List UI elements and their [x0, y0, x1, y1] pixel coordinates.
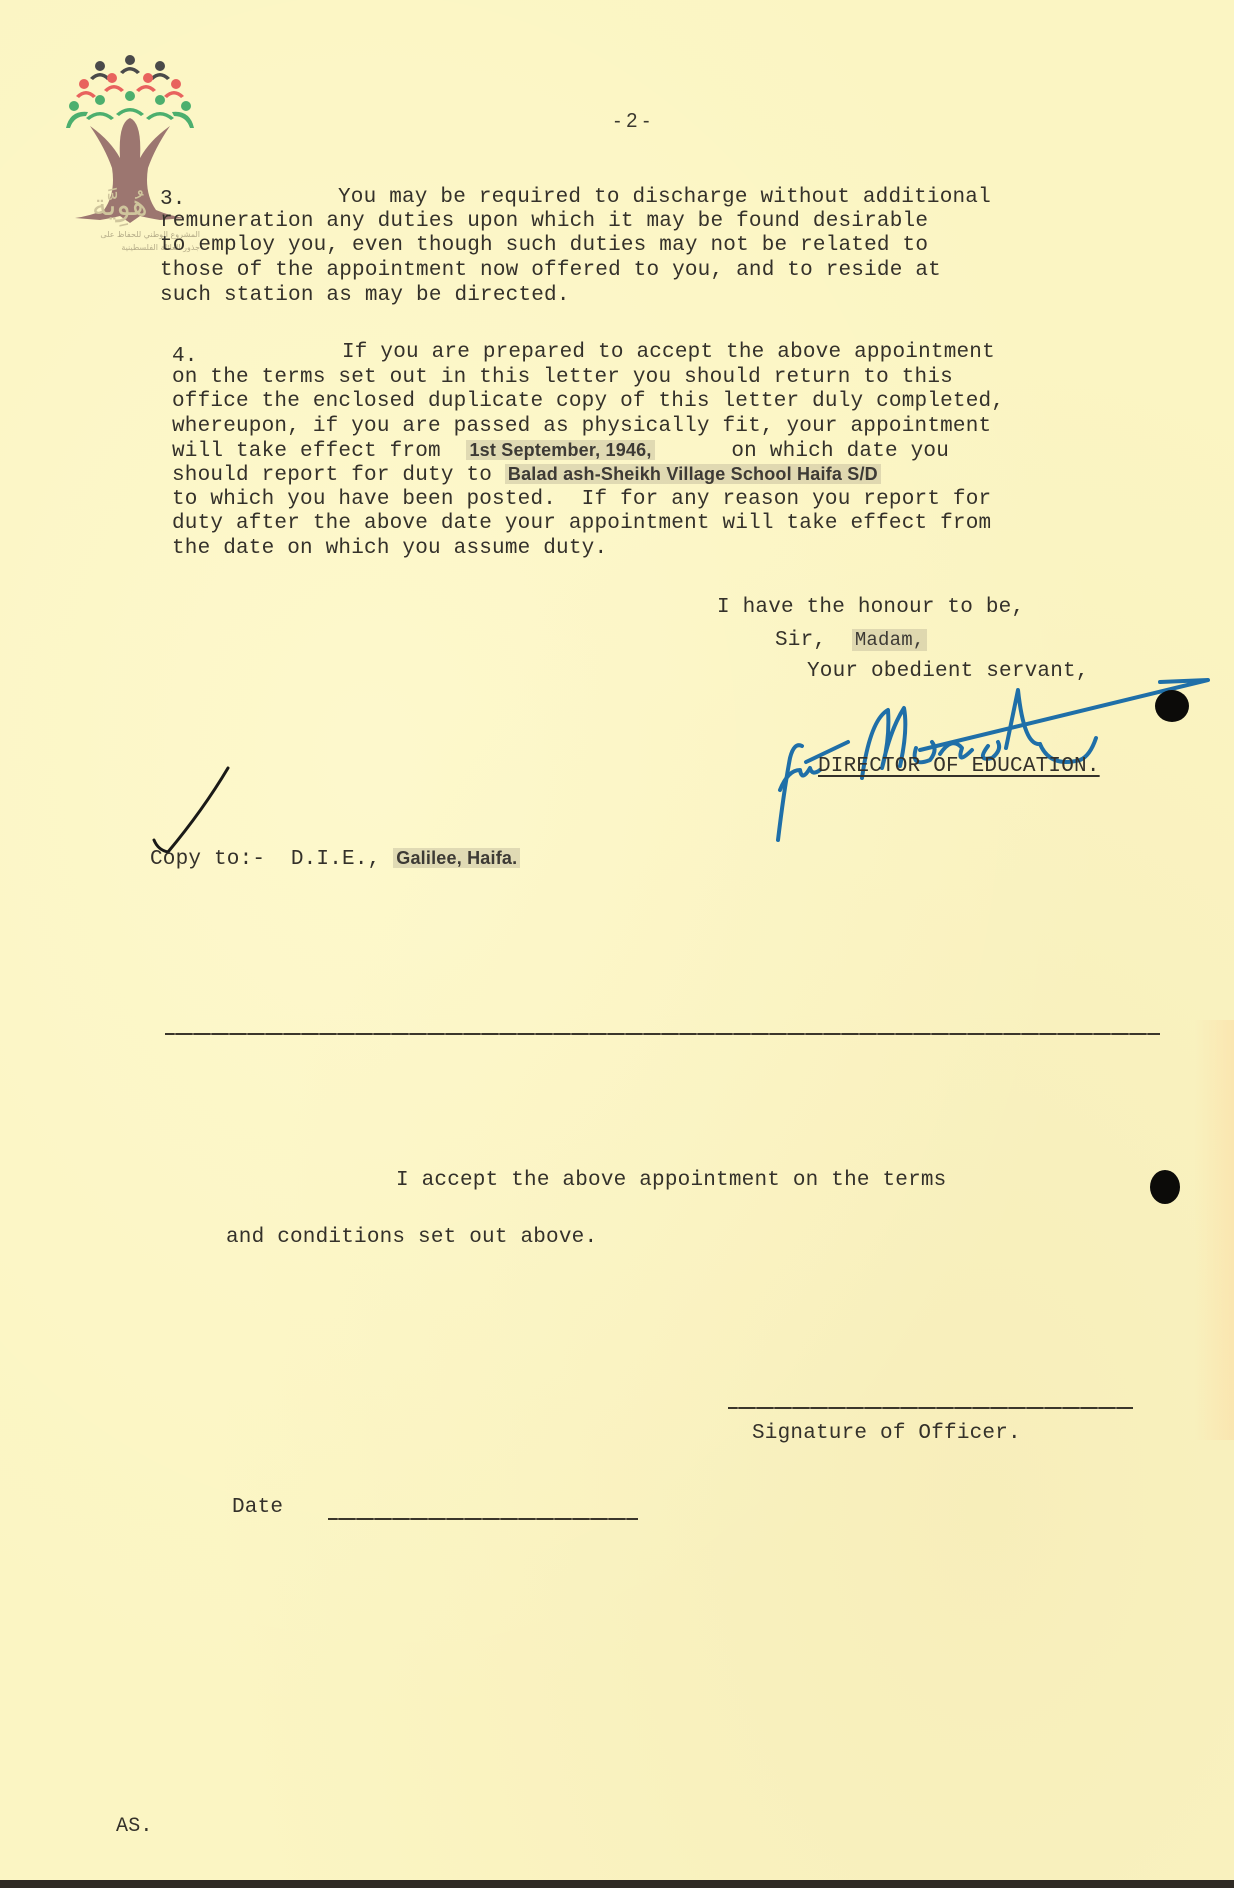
paragraph-line: whereupon, if you are passed as physical…: [172, 415, 991, 438]
signature-line: [728, 1407, 1133, 1409]
checkmark-icon: [148, 760, 238, 860]
effective-date: 1st September, 1946,: [466, 440, 654, 460]
paragraph-line: such station as may be directed.: [160, 284, 570, 307]
paragraph-line: If you are prepared to accept the above …: [342, 341, 995, 364]
copy-to-place: Galilee, Haifa.: [393, 848, 520, 868]
paragraph-line: on the terms set out in this letter you …: [172, 366, 953, 389]
watermark-title: هُوِيَّة: [92, 188, 148, 223]
posting-location: Balad ash-Sheikh Village School Haifa S/…: [505, 464, 881, 484]
signature-label: Signature of Officer.: [752, 1422, 1021, 1445]
section-divider: [165, 1033, 1160, 1035]
paragraph-line: You may be required to discharge without…: [338, 186, 991, 209]
paragraph-line: the date on which you assume duty.: [172, 537, 607, 560]
copy-to-line: Copy to:- D.I.E., Galilee, Haifa.: [150, 848, 520, 871]
acceptance-line: I accept the above appointment on the te…: [396, 1169, 947, 1192]
acceptance-line: and conditions set out above.: [226, 1226, 597, 1249]
handwritten-signature-icon: [740, 650, 1210, 850]
paragraph-number: 3.: [160, 188, 186, 211]
page-number: - 2 -: [614, 110, 650, 133]
paragraph-line: should report for duty to Balad ash-Shei…: [172, 464, 881, 487]
paragraph-line: those of the appointment now offered to …: [160, 259, 941, 282]
paragraph-line: will take effect from 1st September, 194…: [172, 440, 949, 463]
paragraph-line: to which you have been posted. If for an…: [172, 488, 991, 511]
typist-initials: AS.: [116, 1815, 153, 1838]
paper-stain: [1194, 1020, 1234, 1440]
date-line: [328, 1518, 638, 1520]
paragraph-line: duty after the above date your appointme…: [172, 512, 991, 535]
document-page: هُوِيَّة المشروع الوطني للحفاظ على جذور …: [0, 0, 1234, 1888]
paragraph-line: to employ you, even though such duties m…: [160, 234, 928, 257]
scan-edge: [0, 1880, 1234, 1888]
paragraph-line: remuneration any duties upon which it ma…: [160, 210, 928, 233]
punch-hole: [1155, 690, 1189, 722]
punch-hole: [1150, 1170, 1180, 1204]
paragraph-number: 4.: [172, 345, 198, 368]
date-label: Date: [232, 1496, 283, 1519]
closing-salutation: Sir, Madam,: [775, 629, 927, 652]
paragraph-line: office the enclosed duplicate copy of th…: [172, 390, 1004, 413]
closing-honour: I have the honour to be,: [717, 596, 1024, 619]
struck-salutation: Madam,: [852, 629, 928, 651]
signatory-title: DIRECTOR OF EDUCATION.: [818, 755, 1100, 778]
